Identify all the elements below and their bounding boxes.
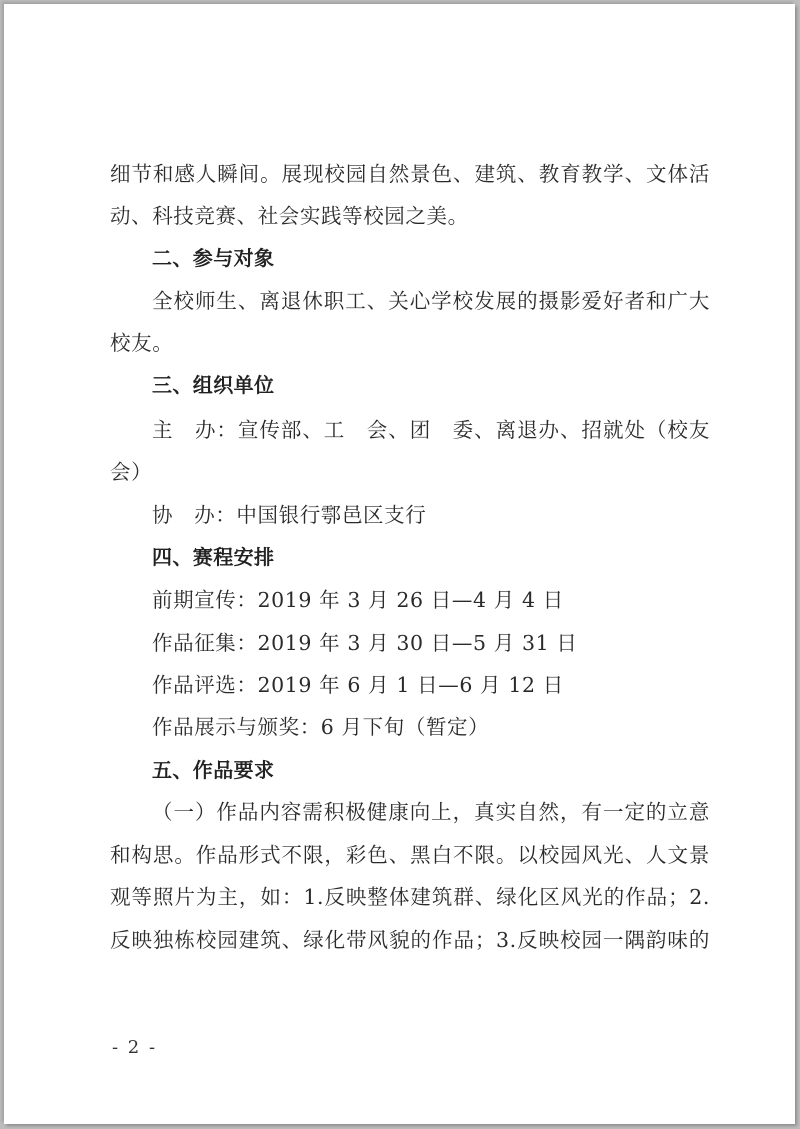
- section-heading-organizers: 三、组织单位: [152, 370, 752, 400]
- document-page: 细节和感人瞬间。展现校园自然景色、建筑、教育教学、文体活 动、科技竞赛、社会实践…: [4, 4, 795, 1124]
- body-line: 全校师生、离退休职工、关心学校发展的摄影爱好者和广大: [152, 286, 710, 316]
- body-line: （一）作品内容需积极健康向上，真实自然，有一定的立意: [152, 797, 710, 827]
- schedule-item-award: 作品展示与颁奖：6 月下旬（暂定）: [152, 712, 752, 742]
- schedule-item-collection: 作品征集：2019 年 3 月 30 日—5 月 31 日: [152, 628, 752, 658]
- body-line: 观等照片为主，如：1.反映整体建筑群、绿化区风光的作品；2.: [110, 882, 710, 912]
- section-heading-schedule: 四、赛程安排: [152, 542, 752, 572]
- section-heading-participants: 二、参与对象: [152, 243, 752, 273]
- body-line: 动、科技竞赛、社会实践等校园之美。: [110, 201, 710, 231]
- page-number: - 2 -: [112, 1037, 157, 1058]
- section-heading-requirements: 五、作品要求: [152, 755, 752, 785]
- body-line: 和构思。作品形式不限，彩色、黑白不限。以校园风光、人文景: [110, 840, 710, 870]
- body-line-co-host: 协 办：中国银行鄠邑区支行: [152, 500, 752, 530]
- body-line-host: 主 办：宣传部、工 会、团 委、离退办、招就处（校友: [152, 415, 710, 445]
- body-line: 校友。: [110, 328, 710, 358]
- body-line: 细节和感人瞬间。展现校园自然景色、建筑、教育教学、文体活: [110, 159, 710, 189]
- body-line: 会）: [110, 457, 710, 487]
- schedule-item-judging: 作品评选：2019 年 6 月 1 日—6 月 12 日: [152, 670, 752, 700]
- schedule-item-promotion: 前期宣传：2019 年 3 月 26 日—4 月 4 日: [152, 585, 752, 615]
- body-line: 反映独栋校园建筑、绿化带风貌的作品；3.反映校园一隅韵味的: [110, 925, 710, 955]
